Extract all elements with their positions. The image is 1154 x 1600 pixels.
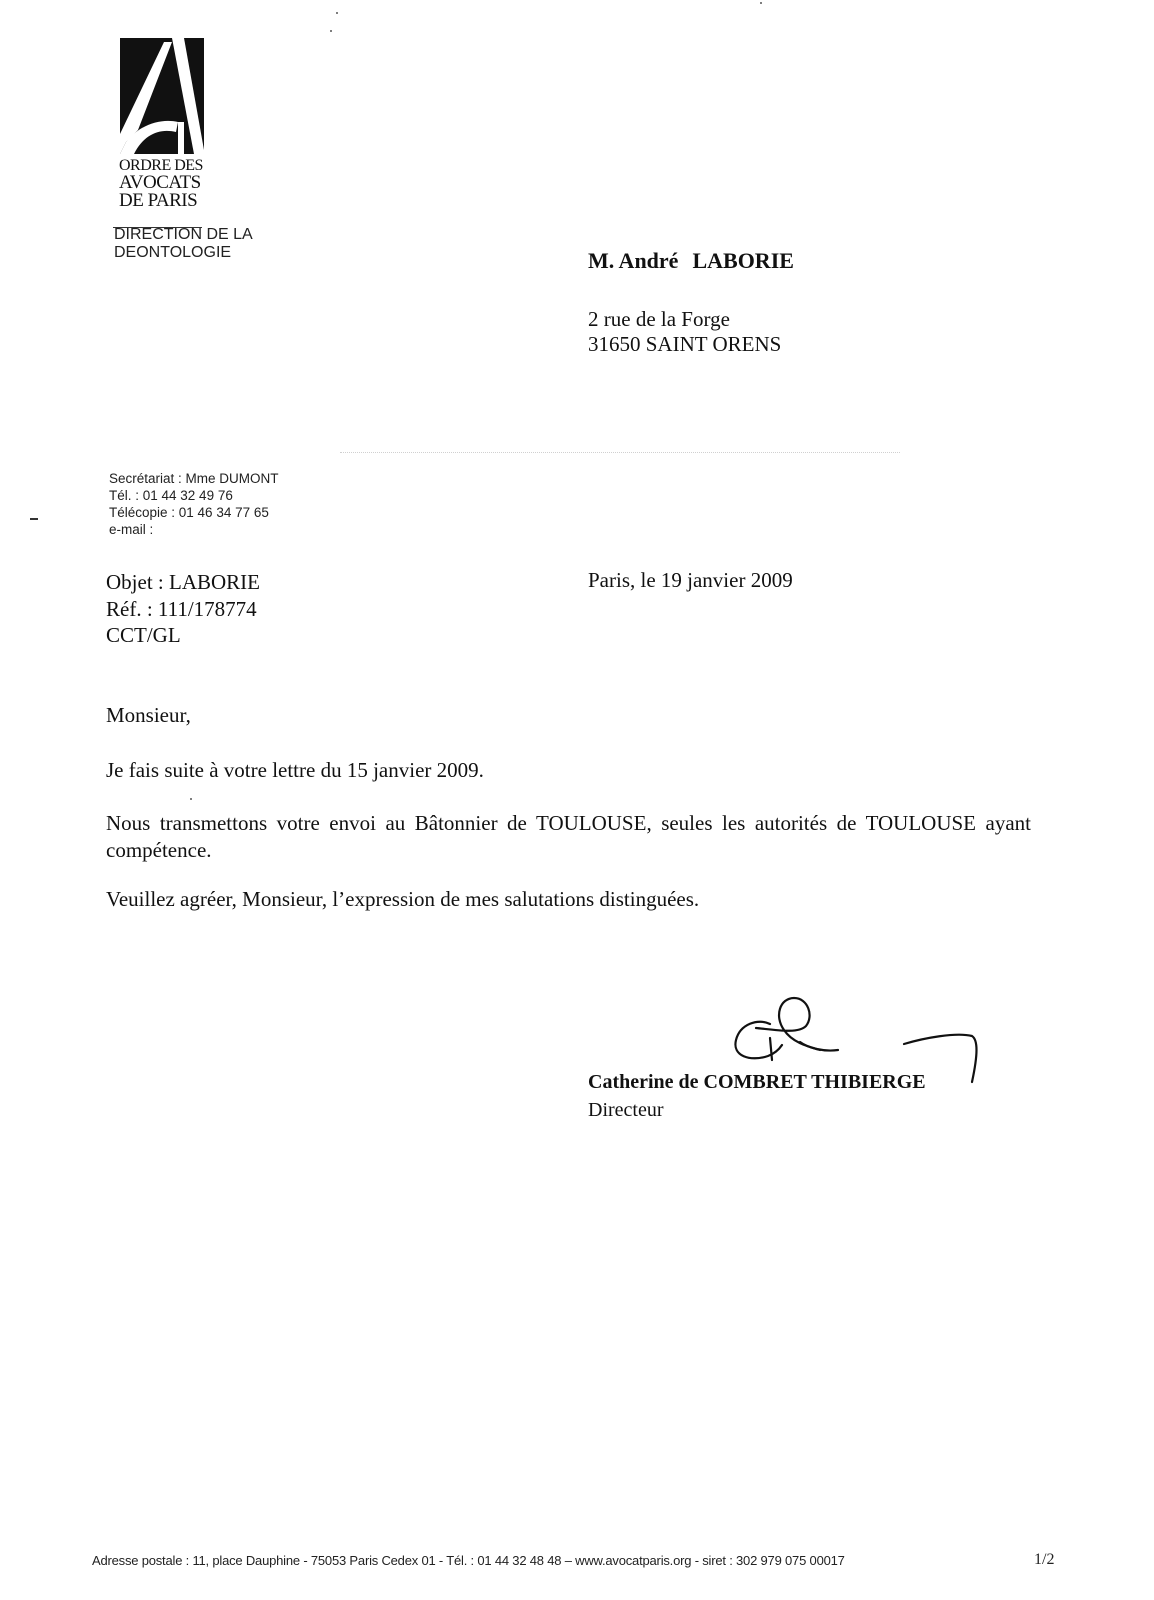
page-number: 1/2 — [1034, 1551, 1054, 1569]
scan-speck — [190, 798, 192, 800]
footer-postal-address: Adresse postale : 11, place Dauphine - 7… — [92, 1553, 845, 1568]
recipient-firstname: M. André — [588, 248, 678, 273]
signer-name: Catherine de COMBRET THIBIERGE — [588, 1071, 926, 1094]
reference-number: Réf. : 111/178774 — [106, 597, 257, 622]
secretariat-email: e-mail : — [109, 522, 153, 537]
secretariat-fax: Télécopie : 01 46 34 77 65 — [109, 505, 269, 520]
scan-speck — [336, 12, 338, 14]
signer-title: Directeur — [588, 1099, 664, 1122]
fold-mark — [30, 518, 38, 520]
department-line: DEONTOLOGIE — [114, 244, 231, 262]
recipient-address-line: 31650 SAINT ORENS — [588, 332, 781, 357]
secretariat-contact: Secrétariat : Mme DUMONT — [109, 471, 279, 486]
salutation: Monsieur, — [106, 703, 1031, 728]
closing-paragraph: Veuillez agréer, Monsieur, l’expression … — [106, 887, 1031, 912]
recipient-address-line: 2 rue de la Forge — [588, 307, 730, 332]
object-line: Objet : LABORIE — [106, 570, 260, 595]
recipient-lastname: LABORIE — [692, 248, 793, 273]
letter-date: Paris, le 19 janvier 2009 — [588, 568, 793, 593]
secretariat-phone: Tél. : 01 44 32 49 76 — [109, 488, 233, 503]
scan-artifact-line — [340, 452, 900, 453]
department-line: DIRECTION DE LA — [114, 226, 253, 244]
body-paragraph: Nous transmettons votre envoi au Bâtonni… — [106, 810, 1031, 864]
body-paragraph: Je fais suite à votre lettre du 15 janvi… — [106, 758, 1031, 783]
scan-speck — [330, 30, 332, 32]
scan-speck — [760, 2, 762, 4]
org-name-line: DE PARIS — [119, 190, 197, 212]
reference-initials: CCT/GL — [106, 623, 181, 648]
ordre-des-avocats-logo-icon — [120, 38, 204, 154]
recipient-name: M. AndréLABORIE — [588, 248, 794, 274]
